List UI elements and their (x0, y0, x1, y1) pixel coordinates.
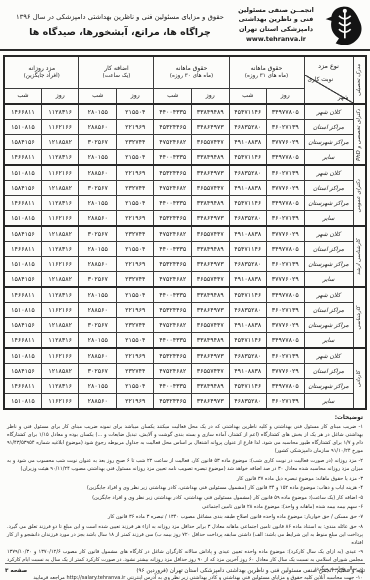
wage-value-cell: ۳۰۲۵۶۷ (79, 226, 117, 242)
wage-value-cell: ۱۲۱۸۵۸۲ (41, 272, 79, 288)
document-header: انجمــن صنفی مسئولین فنی و ناظرین بهداشت… (0, 0, 370, 51)
wage-value-cell: ۴۷۵۲۴۶۸۲ (154, 226, 192, 242)
wage-value-cell: ۱۱۶۲۱۶۶ (41, 257, 79, 272)
note-item: ۶- سهم بیمه بیمه شده (ماهانه و واحد): مو… (7, 503, 363, 511)
wage-value-cell: ۴۹۱۰۸۸۳۸ (229, 272, 267, 288)
wage-value-cell: ۱۵۸۴۱۵۶ (4, 272, 42, 288)
wage-value-cell: ۴۵۳۲۴۴۶۵ (154, 120, 192, 135)
wage-value-cell: ۳۴۸۶۴۹۷۳ (192, 348, 230, 364)
table-row: سایر۳۶۰۲۷۱۳۹۴۶۸۳۵۲۸۰۳۴۸۶۴۹۷۳۴۵۳۲۴۴۶۵۲۲۱۹… (4, 394, 366, 410)
wage-value-cell: ۱۱۲۸۳۱۶ (41, 287, 79, 303)
wage-value-cell: ۳۳۸۴۹۴۸۹ (192, 196, 230, 211)
degree-cell: کارشناسی (353, 287, 366, 348)
page-number: صفحه ۳ (5, 568, 27, 574)
document-title: حقوق و مزایای مسئولین فنی و ناظرین بهداش… (12, 13, 228, 21)
wage-value-cell: ۱۲۱۸۵۸۲ (41, 135, 79, 150)
wage-value-cell: ۴۶۸۳۵۲۸۰ (229, 394, 267, 410)
wage-value-cell: ۳۰۲۵۶۷ (79, 364, 117, 379)
wage-value-cell: ۴۷۵۲۴۶۸۲ (154, 364, 192, 379)
group-subtitle-text: (ماه های ۳۱ روزه) (230, 73, 304, 80)
table-row: کارشناسی ارشدکلان شهر۳۷۷۷۶۰۲۹۴۹۱۰۸۸۳۸۳۶۵… (4, 226, 366, 242)
group-title-text: اضافه کار (79, 65, 153, 73)
degree-cell: دکترای تخصصی و PhD (353, 104, 366, 165)
column-group-overtime: اضافه کار (یک ساعت) (79, 56, 154, 88)
degree-label: کارشناسی (356, 306, 362, 329)
wage-value-cell: ۲۸۰۱۵۵ (79, 287, 117, 303)
wage-value-cell: ۲۲۱۹۶۹ (116, 165, 154, 181)
column-group-monthly-31: حقوق ماهانه (ماه های ۳۱ روزه) (229, 56, 304, 88)
column-group-monthly-30: حقوق ماهانه (ماه های ۳۰ روزه) (154, 56, 229, 88)
wage-value-cell: ۲۲۱۹۶۹ (116, 394, 154, 410)
city-cell: مراکز استان (304, 303, 353, 318)
degree-cell: کاردانی (353, 348, 366, 409)
wage-value-cell: ۲۸۰۱۵۵ (79, 242, 117, 257)
note-item: ۸- حق عائله مندی: به استناد ماده ۸۶ قانو… (7, 523, 363, 547)
wage-value-cell: ۴۴۰۰۴۳۳۵ (154, 104, 192, 120)
wage-value-cell: ۴۵۳۲۴۴۶۵ (154, 165, 192, 181)
table-row: کاردانیکلان شهر۳۶۰۲۷۱۳۹۴۶۸۳۵۲۸۰۳۴۸۶۴۹۷۳۴… (4, 348, 366, 364)
wage-value-cell: ۲۸۸۵۶۰ (79, 257, 117, 272)
wage-value-cell: ۳۴۸۶۴۹۷۳ (192, 211, 230, 227)
shift-night-header: شب (79, 88, 117, 104)
wage-value-cell: ۲۱۵۵۰۴ (116, 242, 154, 257)
table-row: مراکز استان۳۴۹۷۷۸۰۵۴۵۴۷۱۱۴۶۳۳۸۴۹۴۸۹۴۴۰۰۴… (4, 242, 366, 257)
document-subtitle: چراگاه ها، مراتع، آبشخورها، صیدگاه ها (12, 27, 228, 38)
wage-value-cell: ۳۷۷۷۶۰۲۹ (267, 135, 305, 150)
wage-value-cell: ۲۸۸۵۶۰ (79, 165, 117, 181)
shift-day-header: روز (41, 88, 79, 104)
shift-night-header: شب (154, 88, 192, 104)
wage-value-cell: ۲۲۱۹۶۹ (116, 348, 154, 364)
work-shift-label: نوبت کاری (308, 77, 334, 83)
wage-table-body: دکترای تخصصی و PhDکلان شهر۳۴۹۷۷۸۰۵۴۵۴۷۱۱… (4, 104, 366, 409)
table-row: کارشناسیکلان شهر۳۴۹۷۷۸۰۵۴۵۴۷۱۱۴۶۳۳۸۴۹۴۸۹… (4, 287, 366, 303)
city-label: شهر (338, 95, 349, 101)
wage-value-cell: ۳۴۹۷۷۸۰۵ (267, 104, 305, 120)
wage-value-cell: ۳۶۰۲۷۱۳۹ (267, 257, 305, 272)
wage-value-cell: ۲۸۰۱۵۵ (79, 150, 117, 166)
wage-value-cell: ۴۴۰۰۴۳۳۵ (154, 242, 192, 257)
city-cell: مراکز شهرستان (304, 196, 353, 211)
wage-value-cell: ۴۵۴۷۱۱۴۶ (229, 379, 267, 394)
wage-value-cell: ۳۰۲۵۶۷ (79, 135, 117, 150)
wage-value-cell: ۱۴۶۶۸۱۱ (4, 333, 42, 349)
wage-value-cell: ۲۳۲۷۴۴ (116, 272, 154, 288)
wage-value-cell: ۱۱۶۲۱۶۶ (41, 394, 79, 410)
wage-value-cell: ۲۳۲۷۴۴ (116, 318, 154, 333)
wage-value-cell: ۱۱۶۲۱۶۶ (41, 211, 79, 227)
city-cell: مراکز شهرستان (304, 318, 353, 333)
wage-value-cell: ۱۱۲۸۳۱۶ (41, 379, 79, 394)
city-cell: مراکز شهرستان (304, 379, 353, 394)
shift-day-header: روز (116, 88, 154, 104)
wage-value-cell: ۱۴۶۶۸۱۱ (4, 104, 42, 120)
city-cell: سایر (304, 394, 353, 410)
city-cell: مراکز استان (304, 181, 353, 196)
wage-type-label: نوع مزد (305, 57, 353, 75)
group-subtitle-text: (افراد جایگزین) (5, 73, 79, 80)
wage-value-cell: ۱۴۶۶۸۱۱ (4, 287, 42, 303)
table-row: سایر۳۷۷۷۶۰۲۹۴۹۱۰۸۸۳۸۳۶۵۵۷۴۴۷۴۷۵۲۴۶۸۲۲۳۲۷… (4, 272, 366, 288)
city-cell: کلان شهر (304, 287, 353, 303)
wage-value-cell: ۲۸۰۱۵۵ (79, 196, 117, 211)
city-cell: کلان شهر (304, 165, 353, 181)
wage-value-cell: ۳۶۵۵۷۴۴۷ (192, 272, 230, 288)
degree-header-label: مدرک تحصیلی (356, 64, 362, 96)
notes-heading: توضیحات: (7, 415, 363, 421)
corner-diagonal-area: نوبت کاری شهر (305, 75, 353, 103)
wage-value-cell: ۳۳۸۴۹۴۸۹ (192, 104, 230, 120)
table-row: دکترای تخصصی و PhDکلان شهر۳۴۹۷۷۸۰۵۴۵۴۷۱۱… (4, 104, 366, 120)
wage-value-cell: ۴۵۴۷۱۱۴۶ (229, 196, 267, 211)
wage-value-cell: ۳۴۹۷۷۸۰۵ (267, 150, 305, 166)
wage-value-cell: ۱۱۲۸۳۱۶ (41, 196, 79, 211)
wage-value-cell: ۳۷۷۷۶۰۲۹ (267, 364, 305, 379)
city-cell: کلان شهر (304, 104, 353, 120)
wage-value-cell: ۲۱۵۵۰۴ (116, 104, 154, 120)
wage-value-cell: ۴۶۸۳۵۲۸۰ (229, 348, 267, 364)
column-group-daily-wage: مزد روزانه (افراد جایگزین) (4, 56, 79, 88)
wage-value-cell: ۴۹۱۰۸۸۳۸ (229, 226, 267, 242)
wage-value-cell: ۲۸۰۱۵۵ (79, 379, 117, 394)
notes-list: ۱- ضریب مبنای کار مسئول فنی بهداشتی و کل… (7, 423, 363, 580)
notes-section: توضیحات: ۱- ضریب مبنای کار مسئول فنی بهد… (0, 410, 370, 580)
table-row: مراکز استان۳۷۷۷۶۰۲۹۴۹۱۰۸۸۳۸۳۶۵۵۷۴۴۷۴۷۵۲۴… (4, 364, 366, 379)
table-row: سایر۳۴۹۷۷۸۰۵۴۵۴۷۱۱۴۶۳۳۸۴۹۴۸۹۴۴۰۰۴۳۳۵۲۱۵۵… (4, 333, 366, 349)
wage-value-cell: ۴۵۳۲۴۴۶۵ (154, 394, 192, 410)
wage-value-cell: ۴۵۳۲۴۴۶۵ (154, 348, 192, 364)
document-footer: تهیه و تنظیم: انجمن صنفی مسئولین فنی و ن… (5, 563, 365, 574)
wage-value-cell: ۴۶۸۳۵۲۸۰ (229, 257, 267, 272)
wage-value-cell: ۴۴۰۰۴۳۳۵ (154, 333, 192, 349)
wage-value-cell: ۳۶۰۲۷۱۳۹ (267, 120, 305, 135)
wage-value-cell: ۲۱۵۵۰۴ (116, 333, 154, 349)
note-item: ۱۰- جهت محاسبه آنلاین کلیه حقوق و مزایای… (7, 574, 363, 580)
wage-value-cell: ۱۴۶۶۸۱۱ (4, 379, 42, 394)
group-title-text: مزد روزانه (5, 65, 79, 73)
wage-value-cell: ۴۵۴۷۱۱۴۶ (229, 104, 267, 120)
wage-value-cell: ۱۱۲۸۳۱۶ (41, 242, 79, 257)
wage-value-cell: ۲۲۱۹۶۹ (116, 303, 154, 318)
note-item: ۲- مزد روزانه (در صورت فعالیت در نوبت کا… (7, 457, 363, 473)
note-item: ۷- حق مسکن / حق خواربار: موضوع ماده واحد… (7, 513, 363, 521)
org-name-line-1: انجمــن صنفی مسئولین (232, 6, 320, 16)
footer-credit: تهیه و تنظیم: انجمن صنفی مسئولین فنی و ن… (136, 568, 365, 574)
shift-day-header: روز (192, 88, 230, 104)
wage-value-cell: ۳۴۸۶۴۹۷۳ (192, 394, 230, 410)
wage-value-cell: ۱۵۸۴۱۵۶ (4, 364, 42, 379)
table-row: مراکز استان۳۶۰۲۷۱۳۹۴۶۸۳۵۲۸۰۳۴۸۶۴۹۷۳۴۵۳۲۴… (4, 303, 366, 318)
veterinary-emblem-icon (324, 5, 364, 45)
document-page: انجمــن صنفی مسئولین فنی و ناظرین بهداشت… (0, 0, 370, 580)
degree-label: دکترای عمومی (356, 179, 362, 212)
wage-value-cell: ۲۸۸۵۶۰ (79, 303, 117, 318)
wage-value-cell: ۱۵۱۰۸۱۵ (4, 120, 42, 135)
wage-value-cell: ۲۸۸۵۶۰ (79, 394, 117, 410)
note-item: ۱- ضریب مبنای کار مسئول فنی بهداشتی و کل… (7, 423, 363, 455)
shift-night-header: شب (229, 88, 267, 104)
wage-value-cell: ۳۷۷۷۶۰۲۹ (267, 181, 305, 196)
city-cell: مراکز شهرستان (304, 257, 353, 272)
wage-value-cell: ۱۵۸۴۱۵۶ (4, 318, 42, 333)
wage-value-cell: ۱۴۶۶۸۱۱ (4, 150, 42, 166)
wage-value-cell: ۴۴۰۰۴۳۳۵ (154, 287, 192, 303)
table-row: مراکز شهرستان۳۴۹۷۷۸۰۵۴۵۴۷۱۱۴۶۳۳۸۴۹۴۸۹۴۴۰… (4, 379, 366, 394)
city-cell: مراکز استان (304, 364, 353, 379)
wage-value-cell: ۱۲۱۸۵۸۲ (41, 318, 79, 333)
group-subtitle-text: (ماه های ۳۰ روزه) (154, 73, 228, 80)
wage-value-cell: ۴۵۴۷۱۱۴۶ (229, 333, 267, 349)
wage-value-cell: ۴۷۵۲۴۶۸۲ (154, 135, 192, 150)
wage-value-cell: ۱۵۸۴۱۵۶ (4, 226, 42, 242)
organization-name: انجمــن صنفی مسئولین فنی و ناظرین بهداشت… (232, 6, 320, 44)
degree-cell: کارشناسی ارشد (353, 226, 366, 287)
table-row: دکترای عمومیکلان شهر۳۶۰۲۷۱۳۹۴۶۸۳۵۲۸۰۳۴۸۶… (4, 165, 366, 181)
group-subtitle-text: (یک ساعت) (79, 73, 153, 80)
city-cell: کلان شهر (304, 226, 353, 242)
degree-cell: دکترای عمومی (353, 165, 366, 226)
wage-value-cell: ۴۴۰۰۴۳۳۵ (154, 196, 192, 211)
wage-value-cell: ۲۸۰۱۵۵ (79, 333, 117, 349)
wage-value-cell: ۲۳۲۷۴۴ (116, 364, 154, 379)
city-cell: کلان شهر (304, 348, 353, 364)
wage-value-cell: ۱۱۶۲۱۶۶ (41, 120, 79, 135)
city-cell: سایر (304, 272, 353, 288)
wage-value-cell: ۱۴۶۶۸۱۱ (4, 196, 42, 211)
wage-value-cell: ۱۵۱۰۸۱۵ (4, 348, 42, 364)
wage-value-cell: ۲۳۲۷۴۴ (116, 181, 154, 196)
wage-value-cell: ۳۶۰۲۷۱۳۹ (267, 394, 305, 410)
wage-value-cell: ۱۵۸۴۱۵۶ (4, 135, 42, 150)
wage-value-cell: ۴۷۵۲۴۶۸۲ (154, 272, 192, 288)
wage-table: مدرک تحصیلی نوع مزد نوبت کاری شهر حقوق م… (3, 55, 367, 410)
note-item: ۳- مزد یا حقوق ماهانه: موضوع تبصره ذیل م… (7, 475, 363, 483)
wage-value-cell: ۲۱۵۵۰۴ (116, 287, 154, 303)
degree-label: کاردانی (356, 370, 362, 386)
wage-value-cell: ۳۴۸۶۴۹۷۳ (192, 257, 230, 272)
table-row: مراکز شهرستان۳۷۷۷۶۰۲۹۴۹۱۰۸۸۳۸۳۶۵۵۷۴۴۷۴۷۵… (4, 135, 366, 150)
table-row: مراکز شهرستان۳۷۷۷۶۰۲۹۴۹۱۰۸۸۳۸۳۶۵۵۷۴۴۷۴۷۵… (4, 318, 366, 333)
wage-value-cell: ۴۵۳۲۴۴۶۵ (154, 257, 192, 272)
wage-value-cell: ۲۸۸۵۶۰ (79, 120, 117, 135)
wage-value-cell: ۱۱۶۲۱۶۶ (41, 348, 79, 364)
city-cell: مراکز شهرستان (304, 135, 353, 150)
wage-value-cell: ۲۳۲۷۴۴ (116, 226, 154, 242)
degree-label: دکترای تخصصی و PhD (356, 109, 362, 161)
wage-value-cell: ۳۴۹۷۷۸۰۵ (267, 379, 305, 394)
wage-value-cell: ۱۱۶۲۱۶۶ (41, 303, 79, 318)
wage-value-cell: ۱۱۲۸۳۱۶ (41, 333, 79, 349)
wage-value-cell: ۱۲۱۸۵۸۲ (41, 226, 79, 242)
wage-value-cell: ۴۹۱۰۸۸۳۸ (229, 135, 267, 150)
wage-value-cell: ۲۲۱۹۶۹ (116, 257, 154, 272)
wage-value-cell: ۳۳۸۴۹۴۸۹ (192, 333, 230, 349)
wage-value-cell: ۳۳۸۴۹۴۸۹ (192, 150, 230, 166)
wage-value-cell: ۳۳۸۴۹۴۸۹ (192, 242, 230, 257)
wage-table-header: مدرک تحصیلی نوع مزد نوبت کاری شهر حقوق م… (4, 56, 366, 104)
wage-value-cell: ۱۵۱۰۸۱۵ (4, 257, 42, 272)
wage-value-cell: ۳۳۸۴۹۴۸۹ (192, 287, 230, 303)
wage-value-cell: ۴۵۳۲۴۴۶۵ (154, 303, 192, 318)
table-row: سایر۳۶۰۲۷۱۳۹۴۶۸۳۵۲۸۰۳۴۸۶۴۹۷۳۴۵۳۲۴۴۶۵۲۲۱۹… (4, 211, 366, 227)
wage-value-cell: ۲۱۵۵۰۴ (116, 379, 154, 394)
association-logo (324, 5, 364, 45)
wage-value-cell: ۴۹۱۰۸۸۳۸ (229, 181, 267, 196)
wage-value-cell: ۳۶۰۲۷۱۳۹ (267, 211, 305, 227)
table-row: مراکز شهرستان۳۴۹۷۷۸۰۵۴۵۴۷۱۱۴۶۳۳۸۴۹۴۸۹۴۴۰… (4, 196, 366, 211)
wage-value-cell: ۲۸۸۵۶۰ (79, 348, 117, 364)
city-cell: مراکز استان (304, 120, 353, 135)
header-row-groups: مدرک تحصیلی نوع مزد نوبت کاری شهر حقوق م… (4, 56, 366, 88)
wage-value-cell: ۱۱۲۸۳۱۶ (41, 150, 79, 166)
wage-value-cell: ۴۷۵۲۴۶۸۲ (154, 181, 192, 196)
org-name-line-3: دامپزشکی استان تهران (232, 25, 320, 35)
wage-value-cell: ۳۰۲۵۶۷ (79, 181, 117, 196)
city-cell: سایر (304, 333, 353, 349)
wage-value-cell: ۱۵۱۰۸۱۵ (4, 394, 42, 410)
org-website-url: www.tehranva.ir (232, 35, 320, 45)
wage-value-cell: ۳۶۵۵۷۴۴۷ (192, 364, 230, 379)
wage-value-cell: ۳۴۹۷۷۸۰۵ (267, 287, 305, 303)
note-item: ۵- اضافه کار (یک ساعت): موضوع ماده ۵۹ قا… (7, 494, 363, 502)
title-block: حقوق و مزایای مسئولین فنی و ناظرین بهداش… (6, 13, 228, 38)
wage-value-cell: ۴۶۸۳۵۲۸۰ (229, 303, 267, 318)
wage-value-cell: ۱۵۱۰۸۱۵ (4, 165, 42, 181)
wage-value-cell: ۴۴۰۰۴۳۳۵ (154, 379, 192, 394)
wage-value-cell: ۴۹۱۰۸۸۳۸ (229, 318, 267, 333)
wage-value-cell: ۲۲۱۹۶۹ (116, 211, 154, 227)
table-row: سایر۳۴۹۷۷۸۰۵۴۵۴۷۱۱۴۶۳۳۸۴۹۴۸۹۴۴۰۰۴۳۳۵۲۱۵۵… (4, 150, 366, 166)
wage-value-cell: ۴۹۱۰۸۸۳۸ (229, 364, 267, 379)
wage-value-cell: ۳۶۰۲۷۱۳۹ (267, 165, 305, 181)
degree-label: کارشناسی ارشد (356, 238, 362, 274)
group-title-text: حقوق ماهانه (230, 65, 304, 73)
wage-value-cell: ۲۱۵۵۰۴ (116, 196, 154, 211)
wage-value-cell: ۲۸۸۵۶۰ (79, 211, 117, 227)
org-name-line-2: فنی و ناظرین بهداشتی (232, 15, 320, 25)
city-cell: سایر (304, 150, 353, 166)
note-item: ۴- هزینه ایاب و ذهاب: موضوع ماده ۱۵۲ و ۳… (7, 484, 363, 492)
wage-value-cell: ۱۱۶۲۱۶۶ (41, 165, 79, 181)
wage-value-cell: ۴۴۰۰۴۳۳۵ (154, 150, 192, 166)
wage-value-cell: ۴۵۴۷۱۱۴۶ (229, 242, 267, 257)
group-title-text: حقوق ماهانه (154, 65, 228, 73)
wage-value-cell: ۴۷۵۲۴۶۸۲ (154, 318, 192, 333)
wage-value-cell: ۱۲۱۸۵۸۲ (41, 181, 79, 196)
wage-value-cell: ۳۷۷۷۶۰۲۹ (267, 226, 305, 242)
wage-value-cell: ۳۴۸۶۴۹۷۳ (192, 303, 230, 318)
wage-value-cell: ۳۶۵۵۷۴۴۷ (192, 181, 230, 196)
wage-value-cell: ۳۶۰۲۷۱۳۹ (267, 348, 305, 364)
wage-value-cell: ۳۶۰۲۷۱۳۹ (267, 303, 305, 318)
wage-value-cell: ۱۵۱۰۸۱۵ (4, 211, 42, 227)
shift-night-header: شب (4, 88, 42, 104)
table-row: مراکز استان۳۷۷۷۶۰۲۹۴۹۱۰۸۸۳۸۳۶۵۵۷۴۴۷۴۷۵۲۴… (4, 181, 366, 196)
wage-value-cell: ۳۴۸۶۴۹۷۳ (192, 120, 230, 135)
wage-value-cell: ۴۵۴۷۱۱۴۶ (229, 150, 267, 166)
wage-value-cell: ۱۲۱۸۵۸۲ (41, 364, 79, 379)
wage-value-cell: ۲۳۲۷۴۴ (116, 135, 154, 150)
wage-value-cell: ۳۶۵۵۷۴۴۷ (192, 226, 230, 242)
wage-value-cell: ۴۶۸۳۵۲۸۰ (229, 165, 267, 181)
wage-value-cell: ۳۴۹۷۷۸۰۵ (267, 242, 305, 257)
wage-value-cell: ۱۵۸۴۱۵۶ (4, 181, 42, 196)
wage-value-cell: ۳۰۲۵۶۷ (79, 272, 117, 288)
wage-value-cell: ۱۵۱۰۸۱۵ (4, 303, 42, 318)
wage-value-cell: ۴۵۴۷۱۱۴۶ (229, 287, 267, 303)
shift-day-header: روز (267, 88, 305, 104)
wage-value-cell: ۳۳۸۴۹۴۸۹ (192, 379, 230, 394)
wage-value-cell: ۳۰۲۵۶۷ (79, 318, 117, 333)
wage-value-cell: ۲۲۱۹۶۹ (116, 120, 154, 135)
table-row: مراکز شهرستان۳۶۰۲۷۱۳۹۴۶۸۳۵۲۸۰۳۴۸۶۴۹۷۳۴۵۳… (4, 257, 366, 272)
wage-value-cell: ۳۴۹۷۷۸۰۵ (267, 196, 305, 211)
wage-value-cell: ۳۷۷۷۶۰۲۹ (267, 272, 305, 288)
city-cell: مراکز استان (304, 242, 353, 257)
table-row: مراکز استان۳۶۰۲۷۱۳۹۴۶۸۳۵۲۸۰۳۴۸۶۴۹۷۳۴۵۳۲۴… (4, 120, 366, 135)
wage-value-cell: ۳۶۵۵۷۴۴۷ (192, 135, 230, 150)
wage-value-cell: ۴۵۳۲۴۴۶۵ (154, 211, 192, 227)
wage-value-cell: ۳۴۸۶۴۹۷۳ (192, 165, 230, 181)
wage-value-cell: ۲۱۵۵۰۴ (116, 150, 154, 166)
wage-value-cell: ۴۶۸۳۵۲۸۰ (229, 120, 267, 135)
degree-column-header: مدرک تحصیلی (353, 56, 366, 104)
wage-value-cell: ۱۱۲۸۳۱۶ (41, 104, 79, 120)
corner-cell: نوع مزد نوبت کاری شهر (304, 56, 353, 104)
wage-value-cell: ۱۴۶۶۸۱۱ (4, 242, 42, 257)
wage-value-cell: ۳۶۵۵۷۴۴۷ (192, 318, 230, 333)
city-cell: سایر (304, 211, 353, 227)
wage-value-cell: ۳۷۷۷۶۰۲۹ (267, 318, 305, 333)
wage-value-cell: ۲۸۰۱۵۵ (79, 104, 117, 120)
wage-value-cell: ۳۴۹۷۷۸۰۵ (267, 333, 305, 349)
wage-value-cell: ۴۶۸۳۵۲۸۰ (229, 211, 267, 227)
